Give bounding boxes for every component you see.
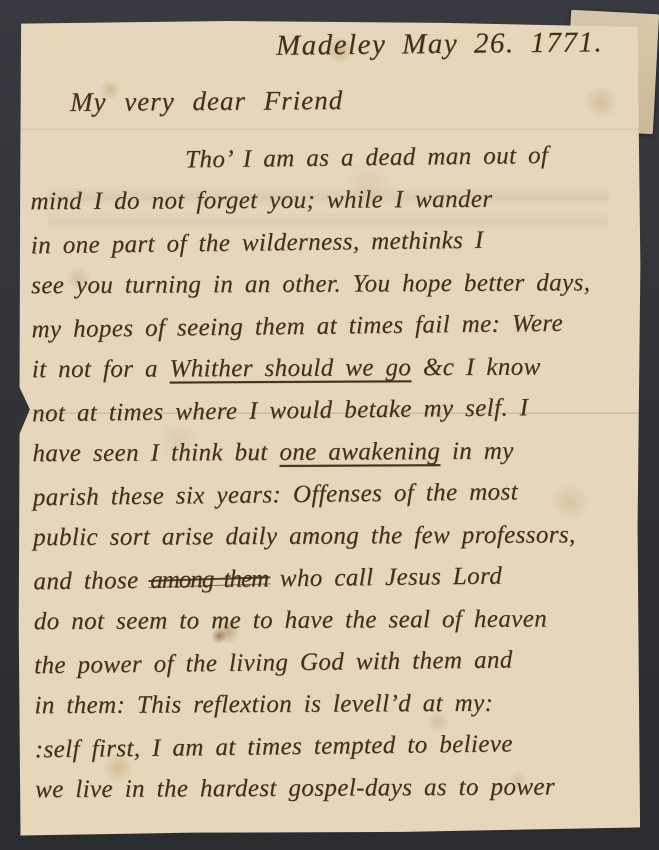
letter-segment: we live in the hardest gospel-days as to… [35, 773, 555, 803]
letter-segment: public sort arise daily among the few pr… [33, 521, 576, 551]
letter-segment: in one part of the wilderness, methinks … [31, 227, 484, 260]
letter-segment: the power of the living God with them an… [34, 646, 513, 679]
letter-segment-underline: Whither should we go [169, 354, 411, 382]
letter-line: parish these six years: Offenses of the … [33, 470, 637, 519]
letter-line: it not for a Whither should we go &c I k… [32, 346, 636, 391]
fold-crease-top [18, 128, 641, 131]
letter-segment: &c I know [411, 354, 541, 382]
letter-segment: mind I do not forget you; while I wander [30, 186, 492, 215]
letter-segment: in them: This reflextion is levell’d at … [34, 690, 493, 719]
letter-segment-strikethrough: among them [150, 565, 268, 593]
letter-body: Tho’ I am as a dead man out ofmind I do … [30, 135, 639, 812]
letter-line: mind I do not forget you; while I wander [30, 178, 634, 223]
letter-line: in one part of the wilderness, methinks … [31, 218, 635, 267]
letter-line: see you turning in an other. You hope be… [31, 262, 635, 307]
letter-segment: have seen I think but [32, 439, 279, 467]
letter-segment: in my [440, 438, 514, 465]
letter-segment-underline: one awakening [279, 438, 440, 466]
letter-page: Madeley May 26. 1771. My very dear Frien… [18, 20, 641, 838]
letter-line: not at times where I would betake my sel… [32, 386, 636, 435]
letter-line: we live in the hardest gospel-days as to… [35, 766, 639, 811]
letter-segment: and those [33, 567, 150, 595]
letter-segment: :self first, I am at times tempted to be… [35, 730, 513, 763]
letter-segment: Tho’ I am as a dead man out of [185, 142, 548, 173]
letter-line: have seen I think but one awakening in m… [32, 430, 636, 475]
letter-segment: not at times where I would betake my sel… [32, 394, 529, 427]
photo-background: Madeley May 26. 1771. My very dear Frien… [0, 0, 659, 850]
letter-line: public sort arise daily among the few pr… [33, 514, 637, 559]
letter-segment: parish these six years: Offenses of the … [33, 478, 518, 511]
dateline: Madeley May 26. 1771. [276, 26, 603, 62]
letter-line: in them: This reflextion is levell’d at … [34, 682, 638, 727]
letter-line: Tho’ I am as a dead man out of [30, 134, 634, 183]
letter-line: :self first, I am at times tempted to be… [35, 722, 639, 771]
letter-line: and those among them who call Jesus Lord [33, 554, 637, 603]
letter-segment: it not for a [32, 355, 170, 383]
letter-line: my hopes of seeing them at times fail me… [31, 302, 635, 351]
salutation: My very dear Friend [70, 85, 343, 118]
letter-line: do not seem to me to have the seal of he… [34, 598, 638, 643]
letter-segment: who call Jesus Lord [268, 563, 502, 593]
letter-segment: see you turning in an other. You hope be… [31, 269, 590, 299]
letter-line: the power of the living God with them an… [34, 638, 638, 687]
letter-segment: do not seem to me to have the seal of he… [34, 606, 547, 636]
letter-segment: my hopes of seeing them at times fail me… [31, 310, 563, 343]
